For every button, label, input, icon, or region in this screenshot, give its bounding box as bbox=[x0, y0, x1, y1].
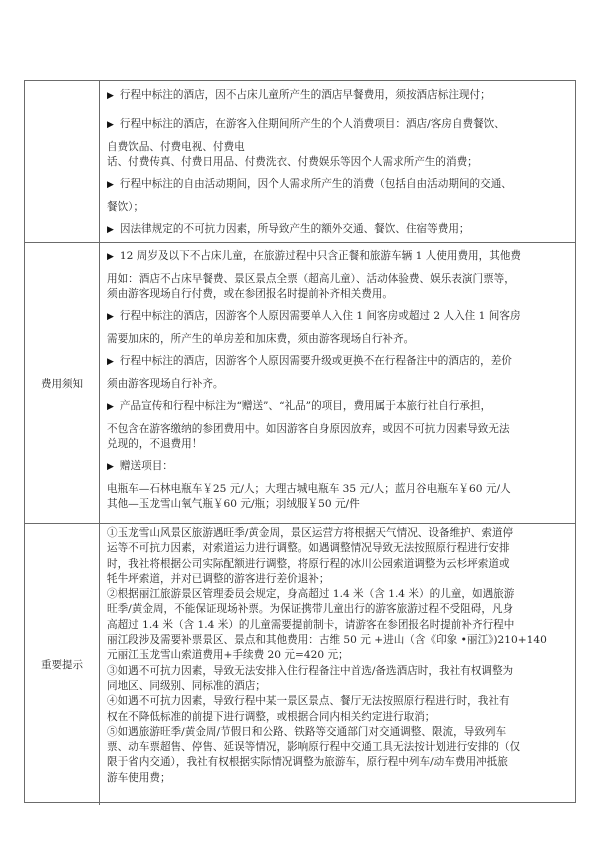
paragraph-line: 行程中标注的自由活动期间，因个人需求所产生的消费（包括自由活动期间的交通、 bbox=[120, 178, 512, 190]
list-item: ▶赠送项目： bbox=[107, 459, 569, 475]
paragraph-line: 行程中标注的酒店，因游客个人原因需要升级或更换不在行程备注中的酒店的，差价 bbox=[120, 355, 512, 367]
row-label-fee-notes: 费用须知 bbox=[25, 243, 100, 524]
paragraph-line: ④如遇不可抗力因素，导致行程中某一景区景点、餐厅无法按照原行程进行时，我社有 bbox=[107, 694, 569, 709]
paragraph-line: 元丽江玉龙雪山索道费用+手续费 20 元=420 元； bbox=[107, 648, 569, 663]
row-label bbox=[25, 81, 100, 242]
paragraph-line: 不包含在游客缴纳的参团费用中。如因游客自身原因放弃，或因不可抗力因素导致无法 bbox=[107, 422, 569, 437]
bullet-triangle-icon: ▶ bbox=[107, 89, 114, 104]
paragraph-line: ③如遇不可抗力因素，导致无法安排入住行程备注中首选/备选酒店时，我社有权调整为 bbox=[107, 664, 569, 679]
paragraph-line: 自费饮品、付费电视、付费电 bbox=[107, 140, 569, 155]
row-content: ▶行程中标注的酒店，因不占床儿童所产生的酒店早餐费用，须按酒店标注现付； ▶行程… bbox=[100, 81, 575, 242]
table-row-fee-notes: 费用须知 ▶12 周岁及以下不占床儿童，在旅游过程中只含正餐和旅游车辆 1 人使… bbox=[25, 242, 575, 524]
paragraph-line: 话、付费传真、付费日用品、付费洗衣、付费娱乐等因个人需求所产生的消费； bbox=[107, 155, 569, 170]
bullet-triangle-icon: ▶ bbox=[107, 460, 114, 475]
row-content: ①玉龙雪山风景区旅游遇旺季/黄金周，景区运营方将根据天气情况、设备维护、索道停 … bbox=[100, 524, 575, 805]
paragraph-line: 用如：酒店不占床早餐费、景区景点全票（超高儿童）、活动体验费、娱乐表演门票等， bbox=[107, 272, 569, 287]
paragraph-line: ①玉龙雪山风景区旅游遇旺季/黄金周，景区运营方将根据天气情况、设备维护、索道停 bbox=[107, 526, 569, 541]
row-content: ▶12 周岁及以下不占床儿童，在旅游过程中只含正餐和旅游车辆 1 人使用费用，其… bbox=[100, 243, 575, 524]
list-item: ▶因法律规定的不可抗力因素，所导致产生的额外交通、餐饮、住宿等费用； bbox=[107, 222, 569, 238]
paragraph-line: 旺季/黄金周，不能保证现场补票。为保证携带儿童出行的游客旅游过程不受阻碍，凡身 bbox=[107, 602, 569, 617]
paragraph-line: 牦牛坪索道，并对已调整的游客进行差价退补； bbox=[107, 572, 569, 587]
list-item: ▶行程中标注的酒店，因游客个人原因需要升级或更换不在行程备注中的酒店的，差价 bbox=[107, 354, 569, 370]
list-item: ▶行程中标注的酒店，因游客个人原因需要单人入住 1 间客房或超过 2 人入住 1… bbox=[107, 309, 569, 325]
paragraph-line: 时，我社将根据公司实际配额进行调整，将原行程的冰川公园索道调整为云杉坪索道或 bbox=[107, 557, 569, 572]
paragraph-line: 行程中标注的酒店，在游客入住期间所产生的个人消费项目：酒店/客房自费餐饮、 bbox=[120, 118, 505, 130]
list-item: ▶12 周岁及以下不占床儿童，在旅游过程中只含正餐和旅游车辆 1 人使用费用，其… bbox=[107, 249, 569, 265]
bullet-triangle-icon: ▶ bbox=[107, 355, 114, 370]
table-row-excluded-costs: ▶行程中标注的酒店，因不占床儿童所产生的酒店早餐费用，须按酒店标注现付； ▶行程… bbox=[25, 81, 575, 242]
table-row-important-notes: 重要提示 ①玉龙雪山风景区旅游遇旺季/黄金周，景区运营方将根据天气情况、设备维护… bbox=[25, 523, 575, 805]
paragraph-line: 赠送项目： bbox=[120, 460, 173, 472]
list-item: ▶行程中标注的酒店，在游客入住期间所产生的个人消费项目：酒店/客房自费餐饮、 bbox=[107, 117, 569, 133]
paragraph-line: 行程中标注的酒店，因游客个人原因需要单人入住 1 间客房或超过 2 人入住 1 … bbox=[120, 310, 521, 322]
paragraph-line: 须由游客现场自行付费，或在参团报名时提前补齐相关费用。 bbox=[107, 287, 569, 302]
paragraph-line: 须由游客现场自行补齐。 bbox=[107, 377, 569, 392]
paragraph-line: 限于省内交通），我社有权根据实际情况调整为旅游车，原行程中列车/动车费用冲抵旅 bbox=[107, 755, 569, 770]
paragraph-line: 电瓶车—石林电瓶车￥25 元/人；大理古城电瓶车 35 元/人；蓝月谷电瓶车￥6… bbox=[107, 482, 569, 497]
bullet-triangle-icon: ▶ bbox=[107, 310, 114, 325]
bullet-triangle-icon: ▶ bbox=[107, 118, 114, 133]
paragraph-line: ②根据丽江旅游景区管理委员会规定，身高超过 1.4 米（含 1.4 米）的儿童，… bbox=[107, 587, 569, 602]
paragraph-line: 其他—玉龙雪山氧气瓶￥60 元/瓶；羽绒服￥50 元/件 bbox=[107, 497, 569, 512]
paragraph-line: 高超过 1.4 米（含 1.4 米）的儿童需要提前制卡，请游客在参团报名时提前补… bbox=[107, 618, 569, 633]
row-label-important-notes: 重要提示 bbox=[25, 524, 100, 805]
bullet-triangle-icon: ▶ bbox=[107, 400, 114, 415]
bullet-triangle-icon: ▶ bbox=[107, 223, 114, 238]
paragraph-line: 12 周岁及以下不占床儿童，在旅游过程中只含正餐和旅游车辆 1 人使用费用，其他… bbox=[120, 250, 521, 262]
paragraph-line: 权在不降低标准的前提下进行调整，或根据合同内相关约定进行取消； bbox=[107, 710, 569, 725]
bullet-triangle-icon: ▶ bbox=[107, 178, 114, 193]
paragraph-line: 同地区、同级别、同标准的酒店； bbox=[107, 679, 569, 694]
paragraph-line: 餐饮）； bbox=[107, 200, 569, 215]
paragraph-line: 因法律规定的不可抗力因素，所导致产生的额外交通、餐饮、住宿等费用； bbox=[120, 223, 470, 235]
paragraph-line: 丽江段涉及需要补票景区、景点和其他费用：古维 50 元 +进山（含《印象 •丽江… bbox=[107, 633, 569, 648]
bullet-triangle-icon: ▶ bbox=[107, 250, 114, 265]
paragraph-line: 运等不可抗力因素，对索道运力进行调整。如遇调整情况导致无法按照原行程进行安排 bbox=[107, 541, 569, 556]
paragraph-line: 产品宣传和行程中标注为“赠送”、“礼品”的项目，费用属于本旅行社自行承担， bbox=[120, 400, 491, 412]
list-item: ▶行程中标注的自由活动期间，因个人需求所产生的消费（包括自由活动期间的交通、 bbox=[107, 177, 569, 193]
paragraph-line: 兑现的，不退费用！ bbox=[107, 437, 569, 452]
paragraph-line: ⑤如遇旅游旺季/黄金周/节假日和公路、铁路等交通部门对交通调整、限流，导致列车 bbox=[107, 725, 569, 740]
list-item: ▶产品宣传和行程中标注为“赠送”、“礼品”的项目，费用属于本旅行社自行承担， bbox=[107, 399, 569, 415]
paragraph-line: 行程中标注的酒店，因不占床儿童所产生的酒店早餐费用，须按酒店标注现付； bbox=[120, 89, 491, 101]
paragraph-line: 游车使用费； bbox=[107, 771, 569, 786]
list-item: ▶行程中标注的酒店，因不占床儿童所产生的酒店早餐费用，须按酒店标注现付； bbox=[107, 88, 569, 104]
info-table: ▶行程中标注的酒店，因不占床儿童所产生的酒店早餐费用，须按酒店标注现付； ▶行程… bbox=[24, 80, 576, 803]
paragraph-line: 票、动车票超售、停售、延误等情况，影响原行程中交通工具无法按计划进行安排的（仅 bbox=[107, 740, 569, 755]
paragraph-line: 需要加床的，所产生的单房差和加床费，须由游客现场自行补齐。 bbox=[107, 332, 569, 347]
